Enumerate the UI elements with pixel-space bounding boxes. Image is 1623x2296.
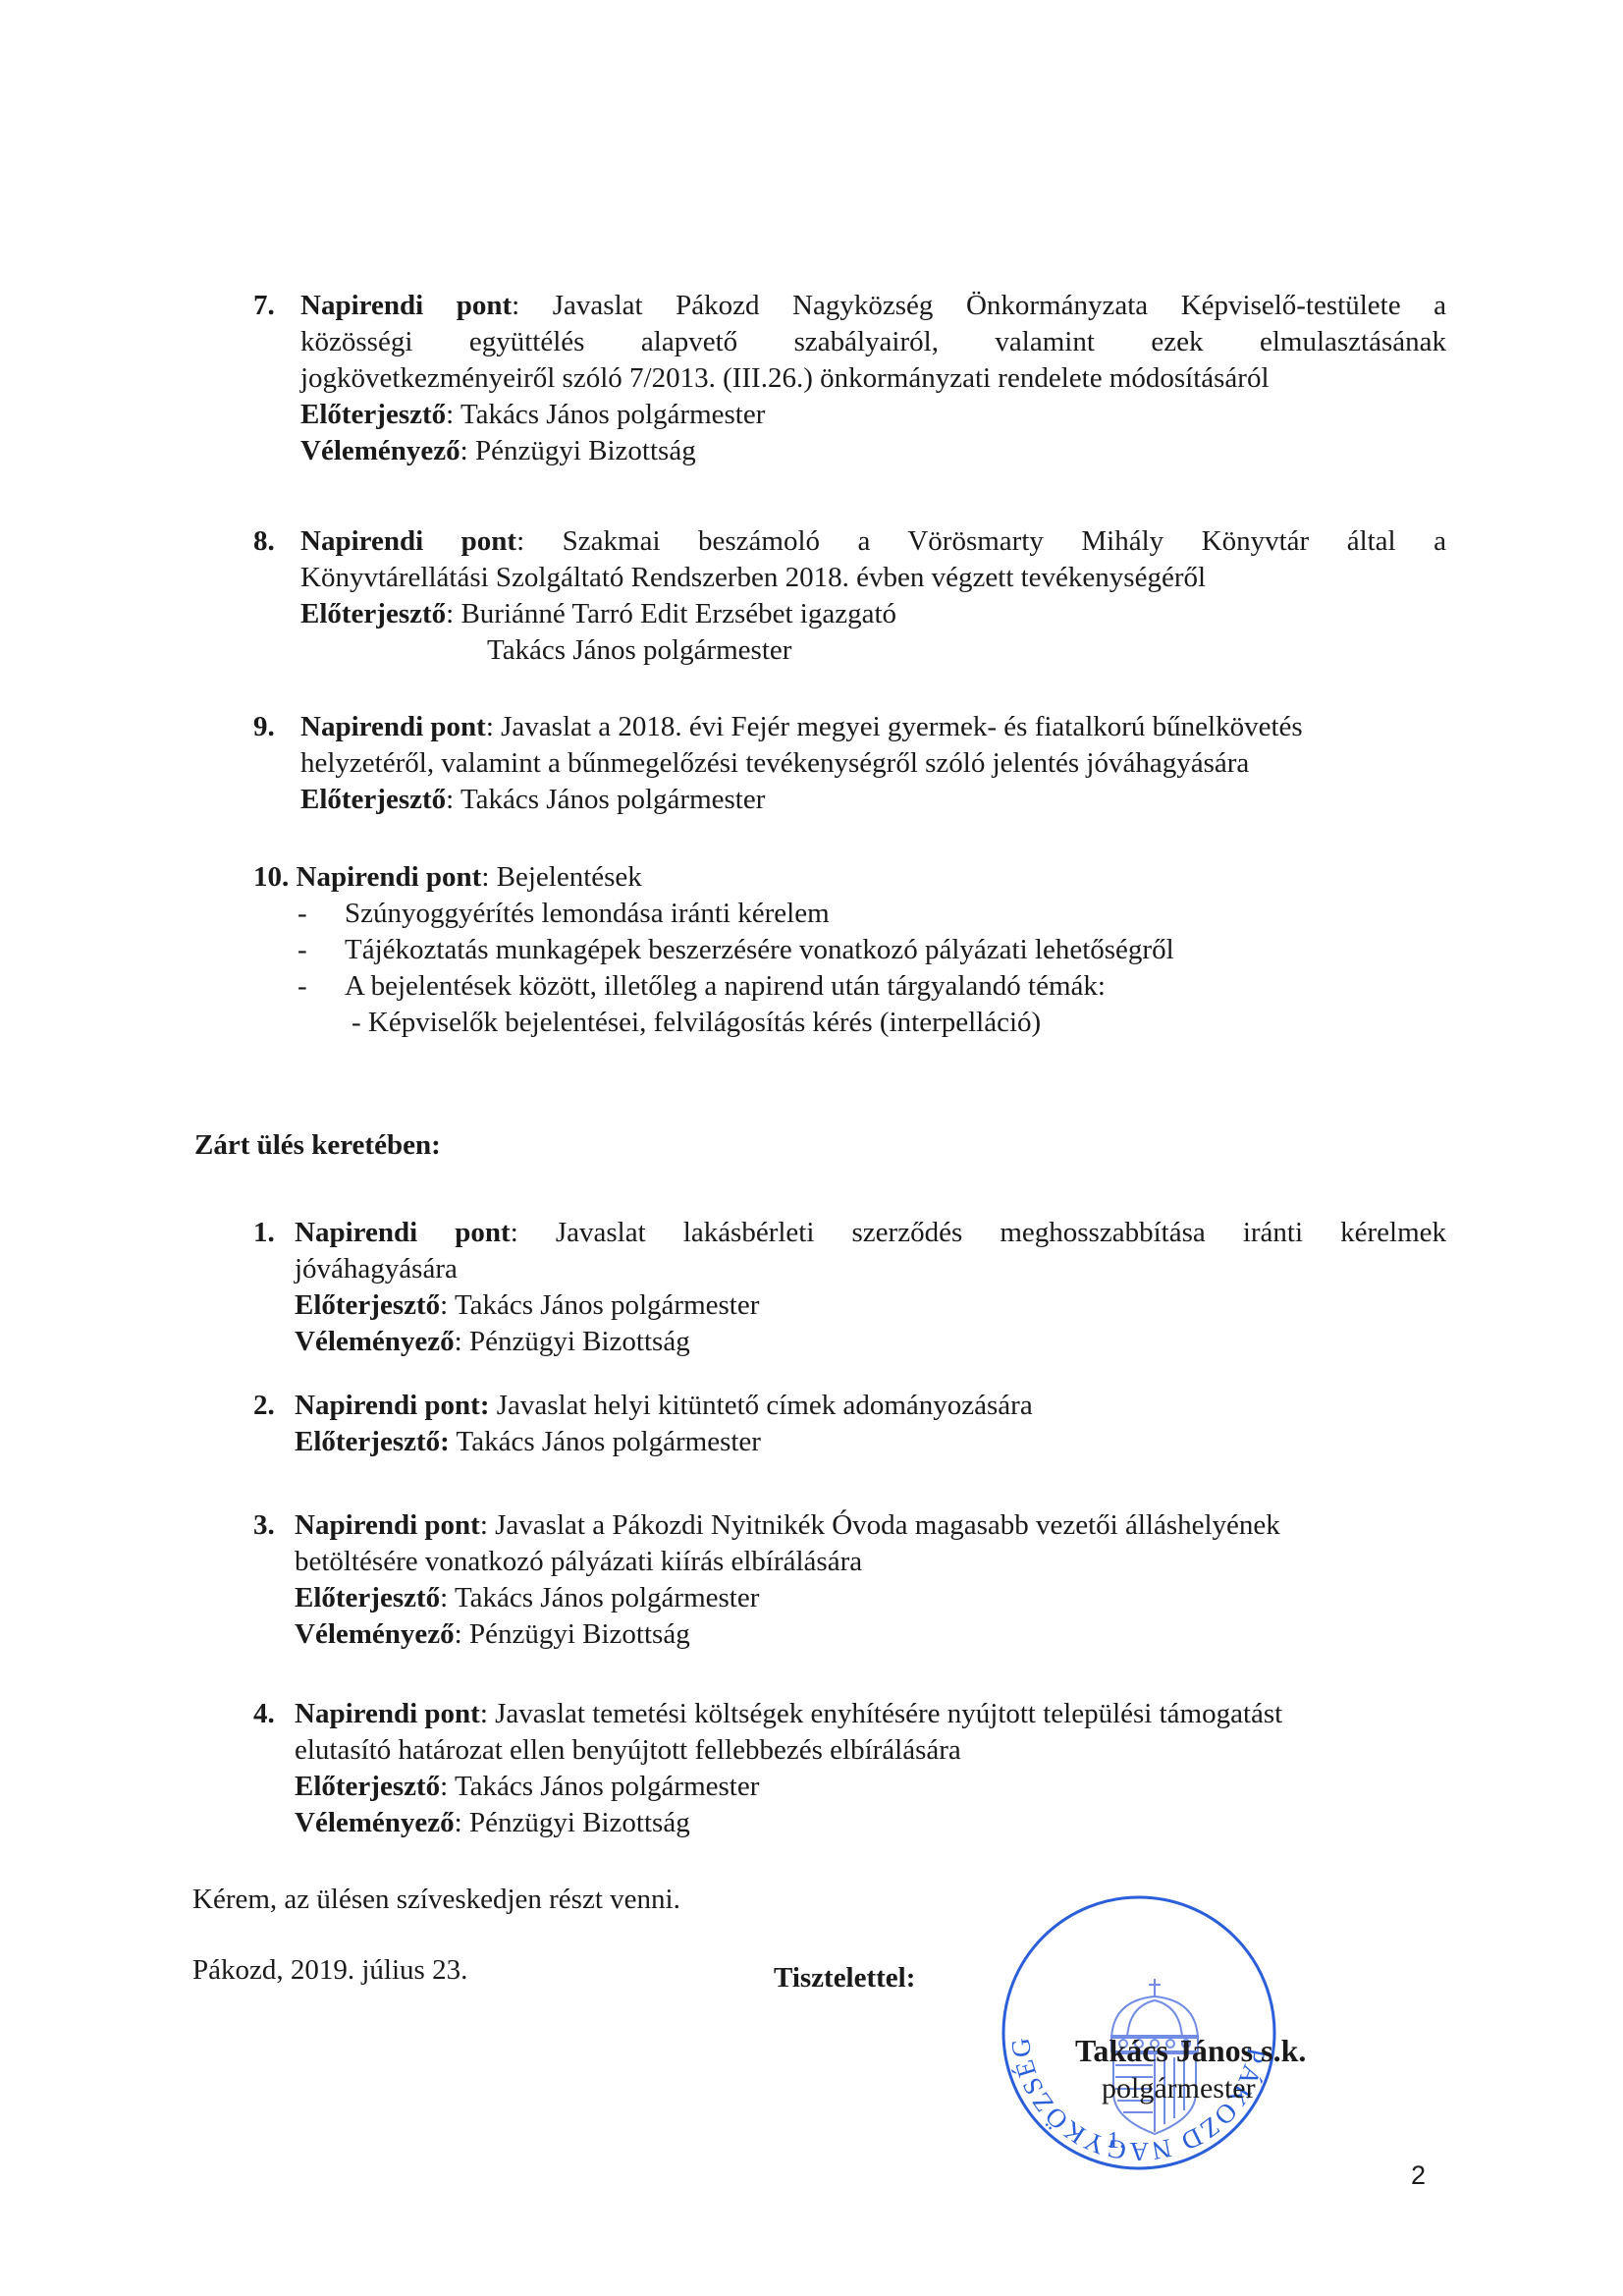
place-date: Pákozd, 2019. július 23.	[192, 1954, 467, 1987]
presenter-line-2: Takács János polgármester	[300, 632, 1446, 669]
item-title-line: Könyvtárellátási Szolgáltató Rendszerben…	[300, 560, 1446, 596]
item-title-line: jóváhagyására	[295, 1251, 1446, 1287]
reviewer-line: Véleményező: Pénzügyi Bizottság	[295, 1324, 1446, 1360]
signature-title: polgármester	[1102, 2072, 1256, 2105]
item-title-line: Napirendi pont: Javaslat a Pákozdi Nyitn…	[295, 1507, 1446, 1544]
sub-list-item: - Képviselők bejelentései, felvilágosítá…	[253, 1005, 1446, 1041]
closed-item-2: 2. Napirendi pont: Javaslat helyi kitünt…	[253, 1388, 1446, 1460]
list-item: -Szúnyoggyérítés lemondása iránti kérele…	[298, 896, 1446, 932]
agenda-item-10: 10. Napirendi pont: Bejelentések -Szúnyo…	[253, 859, 1446, 1041]
closed-item-3: 3. Napirendi pont: Javaslat a Pákozdi Ny…	[253, 1507, 1446, 1653]
announcement-list: -Szúnyoggyérítés lemondása iránti kérele…	[253, 896, 1446, 1005]
reviewer-line: Véleményező: Pénzügyi Bizottság	[295, 1616, 1446, 1653]
presenter-line: Előterjesztő: Takács János polgármester	[295, 1287, 1446, 1324]
item-title-line: Napirendi pont: Javaslat helyi kitüntető…	[295, 1388, 1446, 1424]
presenter-line: Előterjesztő: Takács János polgármester	[300, 397, 1446, 433]
item-number: 4.	[253, 1696, 275, 1732]
presenter-line: Előterjesztő: Takács János polgármester	[295, 1424, 1446, 1460]
item-number: 9.	[253, 709, 275, 745]
agenda-item-9: 9. Napirendi pont: Javaslat a 2018. évi …	[253, 709, 1446, 818]
agenda-item-7: 7. Napirendi pont: Javaslat Pákozd Nagyk…	[253, 288, 1446, 469]
item-label: Napirendi pont	[300, 290, 512, 321]
closed-session-heading: Zárt ülés keretében:	[194, 1129, 441, 1162]
item-title-line: Napirendi pont: Javaslat temetési költsé…	[295, 1696, 1446, 1732]
stamp-number: 1.	[1108, 2128, 1125, 2154]
agenda-item-8: 8. Napirendi pont: Szakmai beszámoló a V…	[253, 523, 1446, 669]
presenter-line: Előterjesztő: Buriánné Tarró Edit Erzséb…	[300, 596, 1446, 632]
item-title-line: 10. Napirendi pont: Bejelentések	[253, 859, 1446, 896]
closing-request: Kérem, az ülésen szíveskedjen részt venn…	[192, 1884, 680, 1916]
document-page: 7. Napirendi pont: Javaslat Pákozd Nagyk…	[0, 0, 1623, 2296]
item-title-line: elutasító határozat ellen benyújtott fel…	[295, 1732, 1446, 1769]
item-title-line: betöltésére vonatkozó pályázati kiírás e…	[295, 1544, 1446, 1580]
item-title-line: Napirendi pont: Szakmai beszámoló a Vörö…	[300, 523, 1446, 560]
item-title-line: jogkövetkezményeiről szóló 7/2013. (III.…	[300, 360, 1446, 397]
item-title-line: közösségi együttélés alapvető szabályair…	[300, 324, 1446, 360]
signature-name: Takács János s.k.	[1075, 2033, 1306, 2069]
item-title-line: Napirendi pont: Javaslat Pákozd Nagyközs…	[300, 288, 1446, 324]
item-number: 8.	[253, 523, 275, 560]
page-number: 2	[1411, 2160, 1426, 2191]
item-title-line: Napirendi pont: Javaslat lakásbérleti sz…	[295, 1215, 1446, 1251]
presenter-line: Előterjesztő: Takács János polgármester	[295, 1769, 1446, 1805]
item-number: 2.	[253, 1388, 275, 1424]
list-item: -A bejelentések között, illetőleg a napi…	[298, 968, 1446, 1005]
closed-item-1: 1. Napirendi pont: Javaslat lakásbérleti…	[253, 1215, 1446, 1360]
item-title-line: helyzetéről, valamint a bűnmegelőzési te…	[300, 745, 1446, 782]
reviewer-line: Véleményező: Pénzügyi Bizottság	[300, 433, 1446, 469]
item-number: 1.	[253, 1215, 275, 1251]
list-item: -Tájékoztatás munkagépek beszerzésére vo…	[298, 932, 1446, 968]
item-number: 7.	[253, 288, 275, 324]
presenter-line: Előterjesztő: Takács János polgármester	[300, 782, 1446, 818]
item-number: 3.	[253, 1507, 275, 1544]
closed-item-4: 4. Napirendi pont: Javaslat temetési köl…	[253, 1696, 1446, 1841]
item-title-line: Napirendi pont: Javaslat a 2018. évi Fej…	[300, 709, 1446, 745]
presenter-line: Előterjesztő: Takács János polgármester	[295, 1580, 1446, 1616]
regards: Tisztelettel:	[774, 1962, 915, 1995]
reviewer-line: Véleményező: Pénzügyi Bizottság	[295, 1805, 1446, 1841]
